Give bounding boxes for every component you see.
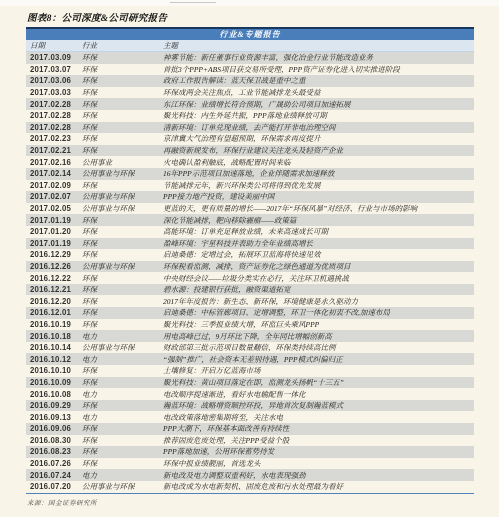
cell-date: 2016.12.01 (30, 308, 82, 317)
table-body: 2017.03.09环保神雾节能：新任董事行业资源丰富，强化冶金行业节能改造业务… (26, 52, 474, 493)
table-row: 2017.02.28环保聚光科技：内生外延共振，PPP落地业绩释放可期 (26, 110, 474, 122)
cell-date: 2016.12.20 (30, 297, 82, 306)
cell-industry: 环保 (82, 122, 163, 133)
cell-industry: 环保 (82, 99, 163, 110)
table-row: 2017.02.07公用事业与环保PPP接力地产投资，建设美丽中国 (26, 191, 474, 203)
table-row: 2017.01.19环保深化节能减排，靶向移除霾瘤——政策篇 (26, 214, 474, 226)
cell-industry: 电力 (82, 389, 163, 400)
table-row: 2016.07.20公用事业与环保新电改成为水电新契机、固废危废和污水处理最为看… (26, 481, 474, 493)
table-band-title: 行业&专题报告 (26, 27, 474, 40)
cell-industry: 环保 (82, 52, 163, 63)
cell-industry: 环保 (82, 284, 163, 295)
cell-date: 2016.10.12 (30, 355, 82, 364)
cell-topic: 东江环保：业绩增长符合预期，广晟助公司项目加速拓展 (163, 99, 474, 110)
cell-date: 2016.10.14 (30, 343, 82, 352)
table-row: 2017.03.07环保首批3个PPP+ABS项目获交易所受理，PPP资产证券化… (26, 64, 474, 76)
cell-date: 2016.09.06 (30, 424, 82, 433)
report-table: 行业&专题报告 日期 行业 主题 2017.03.09环保神雾节能：新任董事行业… (26, 27, 474, 494)
cell-date: 2017.02.28 (30, 111, 82, 120)
table-row: 2017.03.06环保政府工作报告解读：蓝天保卫战是重中之重 (26, 75, 474, 87)
cell-industry: 环保 (82, 215, 163, 226)
cell-date: 2016.12.29 (30, 250, 82, 259)
cell-topic: “强制”推广，社会资本无差别待遇，PPP模式纠偏归正 (163, 354, 474, 365)
cell-topic: 再融资新规发布，环保行业建议关注龙头及轻资产企业 (163, 145, 474, 156)
cell-date: 2017.03.07 (30, 65, 82, 74)
table-row: 2016.08.30环保推荐固废危废处理，关注PPP受益个股 (26, 435, 474, 447)
cell-topic: 16年PPP示范项目加速落地，企业伴随需求加速释放 (163, 168, 474, 179)
table-row: 2017.03.09环保神雾节能：新任董事行业资源丰富，强化冶金行业节能改造业务 (26, 52, 474, 64)
cell-topic: 清新环境：订单兑现业绩，去产能打开非电治理空间 (163, 122, 474, 133)
table-row: 2016.12.29环保启迪桑德：定增过会，拓展环卫蓝海将快速见效 (26, 249, 474, 261)
cell-industry: 电力 (82, 412, 163, 423)
cell-industry: 环保 (82, 87, 163, 98)
cell-industry: 环保 (82, 458, 163, 469)
cell-industry: 环保 (82, 377, 163, 388)
cell-topic: PPP大潮下，环保基本面改善有持续性 (163, 423, 474, 434)
cell-topic: 聚光科技：黄山项目落定在即，监测龙头扬帆“十三五” (163, 377, 474, 388)
cell-date: 2017.01.20 (30, 227, 82, 236)
cell-date: 2016.12.22 (30, 274, 82, 283)
cell-topic: 碧水源：投建银行获批，融资渠道拓宽 (163, 284, 474, 295)
cell-industry: 环保 (82, 307, 163, 318)
cell-date: 2017.02.05 (30, 204, 82, 213)
cell-topic: 更蓝的天，更有质量的增长——2017年“环保风暴”对经济、行业与市场的影响 (163, 203, 474, 214)
cell-topic: PPP接力地产投资，建设美丽中国 (163, 191, 474, 202)
table-row: 2016.07.26环保环保中报业绩靓丽，首选龙头 (26, 458, 474, 470)
cell-topic: PPP落地加速，公用环保蓄势待发 (163, 446, 474, 457)
cell-topic: 推荐固废危废处理，关注PPP受益个股 (163, 435, 474, 446)
cell-topic: 火电确认盈利触底，战略配置时间来临 (163, 157, 474, 168)
table-row: 2016.09.13电力电改政策落地密集期将至，关注水电 (26, 411, 474, 423)
column-header-industry: 行业 (82, 40, 163, 51)
column-header-date: 日期 (30, 40, 82, 51)
table-row: 2017.02.28环保清新环境：订单兑现业绩，去产能打开非电治理空间 (26, 122, 474, 134)
table-row: 2016.10.14公用事业与环保财政部第三批示范项目数量翻倍，环保类持续高比例 (26, 342, 474, 354)
cell-topic: 深化节能减排，靶向移除霾瘤——政策篇 (163, 215, 474, 226)
table-row: 2017.02.14公用事业与环保16年PPP示范项目加速落地，企业伴随需求加速… (26, 168, 474, 180)
cell-industry: 环保 (82, 296, 163, 307)
cell-date: 2017.02.28 (30, 123, 82, 132)
cell-date: 2016.08.23 (30, 447, 82, 456)
table-column-header: 日期 行业 主题 (26, 40, 474, 52)
cell-industry: 环保 (82, 110, 163, 121)
cell-topic: 土壤修复：开启万亿蓝海市场 (163, 365, 474, 376)
table-row: 2016.09.06环保PPP大潮下，环保基本面改善有持续性 (26, 423, 474, 435)
cell-topic: 2017年年度报告：新生态、新环保，环境健康是永久驱动力 (163, 296, 474, 307)
cell-industry: 环保 (82, 273, 163, 284)
cell-topic: 启迪桑德：中标管廊项目、定增调整，环卫一体化初衷不改,加速布局 (163, 307, 474, 318)
table-row: 2016.10.19环保聚光科技：三季报业绩大增，环监巨头乘风PPP (26, 319, 474, 331)
cell-topic: 政府工作报告解读：蓝天保卫战是重中之重 (163, 75, 474, 86)
cell-date: 2016.07.26 (30, 459, 82, 468)
cell-topic: 高能环境：订单充足释放业绩，未来高速成长可期 (163, 226, 474, 237)
cell-date: 2017.02.23 (30, 134, 82, 143)
table-row: 2017.02.09环保节能减排元年，新兴环保类公司将得到优先发展 (26, 180, 474, 192)
cell-industry: 环保 (82, 319, 163, 330)
table-row: 2016.08.23环保PPP落地加速，公用环保蓄势待发 (26, 446, 474, 458)
table-row: 2016.07.24电力新电改及电力调整双重利好，水电表现强劲 (26, 469, 474, 481)
cell-industry: 环保 (82, 238, 163, 249)
cell-date: 2017.02.07 (30, 192, 82, 201)
cell-industry: 环保 (82, 180, 163, 191)
table-row: 2017.01.20环保高能环境：订单充足释放业绩，未来高速成长可期 (26, 226, 474, 238)
table-row: 2016.12.22环保中央财经会议——垃圾分类实在必行，关注环卫机遇挑战 (26, 272, 474, 284)
cell-topic: 中央财经会议——垃圾分类实在必行，关注环卫机遇挑战 (163, 273, 474, 284)
table-row: 2016.12.26公用事业与环保环保税看监测、减排，资产证券化之绿色通道为优质… (26, 261, 474, 273)
cell-topic: 聚光科技：三季报业绩大增，环监巨头乘风PPP (163, 319, 474, 330)
cell-topic: 启迪桑德：定增过会，拓展环卫蓝海将快速见效 (163, 249, 474, 260)
cell-date: 2017.02.28 (30, 100, 82, 109)
cell-topic: 环保成两会关注焦点，工业节能减排龙头最受益 (163, 87, 474, 98)
table-row: 2016.12.20环保2017年年度报告：新生态、新环保，环境健康是永久驱动力 (26, 295, 474, 307)
cell-date: 2017.02.14 (30, 169, 82, 178)
cell-date: 2016.10.18 (30, 332, 82, 341)
cell-industry: 公用事业与环保 (82, 203, 163, 214)
cell-date: 2017.02.16 (30, 158, 82, 167)
top-strip (0, 0, 499, 6)
cell-date: 2016.10.19 (30, 320, 82, 329)
table-row: 2016.10.10环保土壤修复：开启万亿蓝海市场 (26, 365, 474, 377)
cell-topic: 用电高峰已过，9月环比下降，全年同比增幅创新高 (163, 331, 474, 342)
cell-date: 2017.03.06 (30, 76, 82, 85)
table-row: 2017.01.19环保盈峰环境：宇星科技并表助力全年业绩高增长 (26, 238, 474, 250)
cell-topic: 新电改成为水电新契机、固废危废和污水处理最为看好 (163, 481, 474, 492)
cell-topic: 财政部第三批示范项目数量翻倍，环保类持续高比例 (163, 342, 474, 353)
cell-industry: 公用事业与环保 (82, 481, 163, 492)
cell-industry: 公用事业与环保 (82, 168, 163, 179)
cell-industry: 环保 (82, 446, 163, 457)
cell-industry: 环保 (82, 75, 163, 86)
cell-industry: 电力 (82, 331, 163, 342)
cell-date: 2017.03.03 (30, 88, 82, 97)
cell-date: 2016.09.13 (30, 413, 82, 422)
table-row: 2017.02.21环保再融资新规发布，环保行业建议关注龙头及轻资产企业 (26, 145, 474, 157)
cell-topic: 电改政策落地密集期将至，关注水电 (163, 412, 474, 423)
cell-topic: 新电改及电力调整双重利好，水电表现强劲 (163, 470, 474, 481)
cell-date: 2016.12.26 (30, 262, 82, 271)
cell-topic: 环保中报业绩靓丽，首选龙头 (163, 458, 474, 469)
table-row: 2017.02.23环保京津冀大气治理有望超预期，环保需求再度提升 (26, 133, 474, 145)
cell-topic: 环保税看监测、减排，资产证券化之绿色通道为优质项目 (163, 261, 474, 272)
cell-date: 2016.07.20 (30, 482, 82, 491)
table-row: 2016.09.29环保瀚蓝环境：战略增资顺控环投，异地首次复制瀚蓝模式 (26, 400, 474, 412)
cell-date: 2017.02.09 (30, 181, 82, 190)
table-row: 2017.02.16公用事业火电确认盈利触底，战略配置时间来临 (26, 156, 474, 168)
cell-industry: 公用事业与环保 (82, 342, 163, 353)
table-row: 2016.10.09环保聚光科技：黄山项目落定在即，监测龙头扬帆“十三五” (26, 377, 474, 389)
table-row: 2016.10.12电力“强制”推广，社会资本无差别待遇，PPP模式纠偏归正 (26, 353, 474, 365)
table-row: 2016.10.08电力电改顺序提速渐进，看好水电输配售一体化 (26, 388, 474, 400)
cell-industry: 环保 (82, 423, 163, 434)
cell-topic: 聚光科技：内生外延共振，PPP落地业绩释放可期 (163, 110, 474, 121)
cell-industry: 环保 (82, 133, 163, 144)
cell-date: 2017.01.19 (30, 216, 82, 225)
cell-date: 2017.02.21 (30, 146, 82, 155)
cell-industry: 环保 (82, 249, 163, 260)
cell-industry: 电力 (82, 354, 163, 365)
cell-industry: 公用事业与环保 (82, 191, 163, 202)
table-row: 2017.03.03环保环保成两会关注焦点，工业节能减排龙头最受益 (26, 87, 474, 99)
page: 图表8：公司深度&公司研究报告 行业&专题报告 日期 行业 主题 2017.03… (0, 0, 499, 507)
figure-title: 图表8：公司深度&公司研究报告 (27, 10, 499, 24)
cell-date: 2016.10.08 (30, 390, 82, 399)
cell-topic: 电改顺序提速渐进，看好水电输配售一体化 (163, 389, 474, 400)
cell-topic: 瀚蓝环境：战略增资顺控环投，异地首次复制瀚蓝模式 (163, 400, 474, 411)
cell-topic: 神雾节能：新任董事行业资源丰富，强化冶金行业节能改造业务 (163, 52, 474, 63)
table-row: 2017.02.05公用事业与环保更蓝的天，更有质量的增长——2017年“环保风… (26, 203, 474, 215)
cell-industry: 环保 (82, 400, 163, 411)
cell-industry: 环保 (82, 145, 163, 156)
cell-date: 2017.01.19 (30, 239, 82, 248)
table-row: 2016.12.01环保启迪桑德：中标管廊项目、定增调整，环卫一体化初衷不改,加… (26, 307, 474, 319)
cell-topic: 京津冀大气治理有望超预期，环保需求再度提升 (163, 133, 474, 144)
cell-date: 2016.09.29 (30, 401, 82, 410)
cell-date: 2016.10.10 (30, 366, 82, 375)
cell-date: 2017.03.09 (30, 53, 82, 62)
table-row: 2017.02.28环保东江环保：业绩增长符合预期，广晟助公司项目加速拓展 (26, 98, 474, 110)
cell-date: 2016.10.09 (30, 378, 82, 387)
column-header-topic: 主题 (163, 40, 474, 51)
cell-industry: 公用事业与环保 (82, 261, 163, 272)
cell-industry: 环保 (82, 64, 163, 75)
cell-topic: 盈峰环境：宇星科技并表助力全年业绩高增长 (163, 238, 474, 249)
cell-topic: 节能减排元年，新兴环保类公司将得到优先发展 (163, 180, 474, 191)
cell-date: 2016.07.24 (30, 471, 82, 480)
cell-industry: 公用事业 (82, 157, 163, 168)
source-note: 来源：国金证券研究所 (27, 498, 499, 507)
table-row: 2016.10.18电力用电高峰已过，9月环比下降，全年同比增幅创新高 (26, 330, 474, 342)
cell-industry: 电力 (82, 470, 163, 481)
cell-industry: 环保 (82, 435, 163, 446)
cell-topic: 首批3个PPP+ABS项目获交易所受理，PPP资产证券化进入切实推进阶段 (163, 64, 474, 75)
divider-line (170, 2, 216, 3)
table-row: 2016.12.21环保碧水源：投建银行获批，融资渠道拓宽 (26, 284, 474, 296)
cell-industry: 环保 (82, 365, 163, 376)
cell-industry: 环保 (82, 226, 163, 237)
cell-date: 2016.08.30 (30, 436, 82, 445)
cell-date: 2016.12.21 (30, 285, 82, 294)
